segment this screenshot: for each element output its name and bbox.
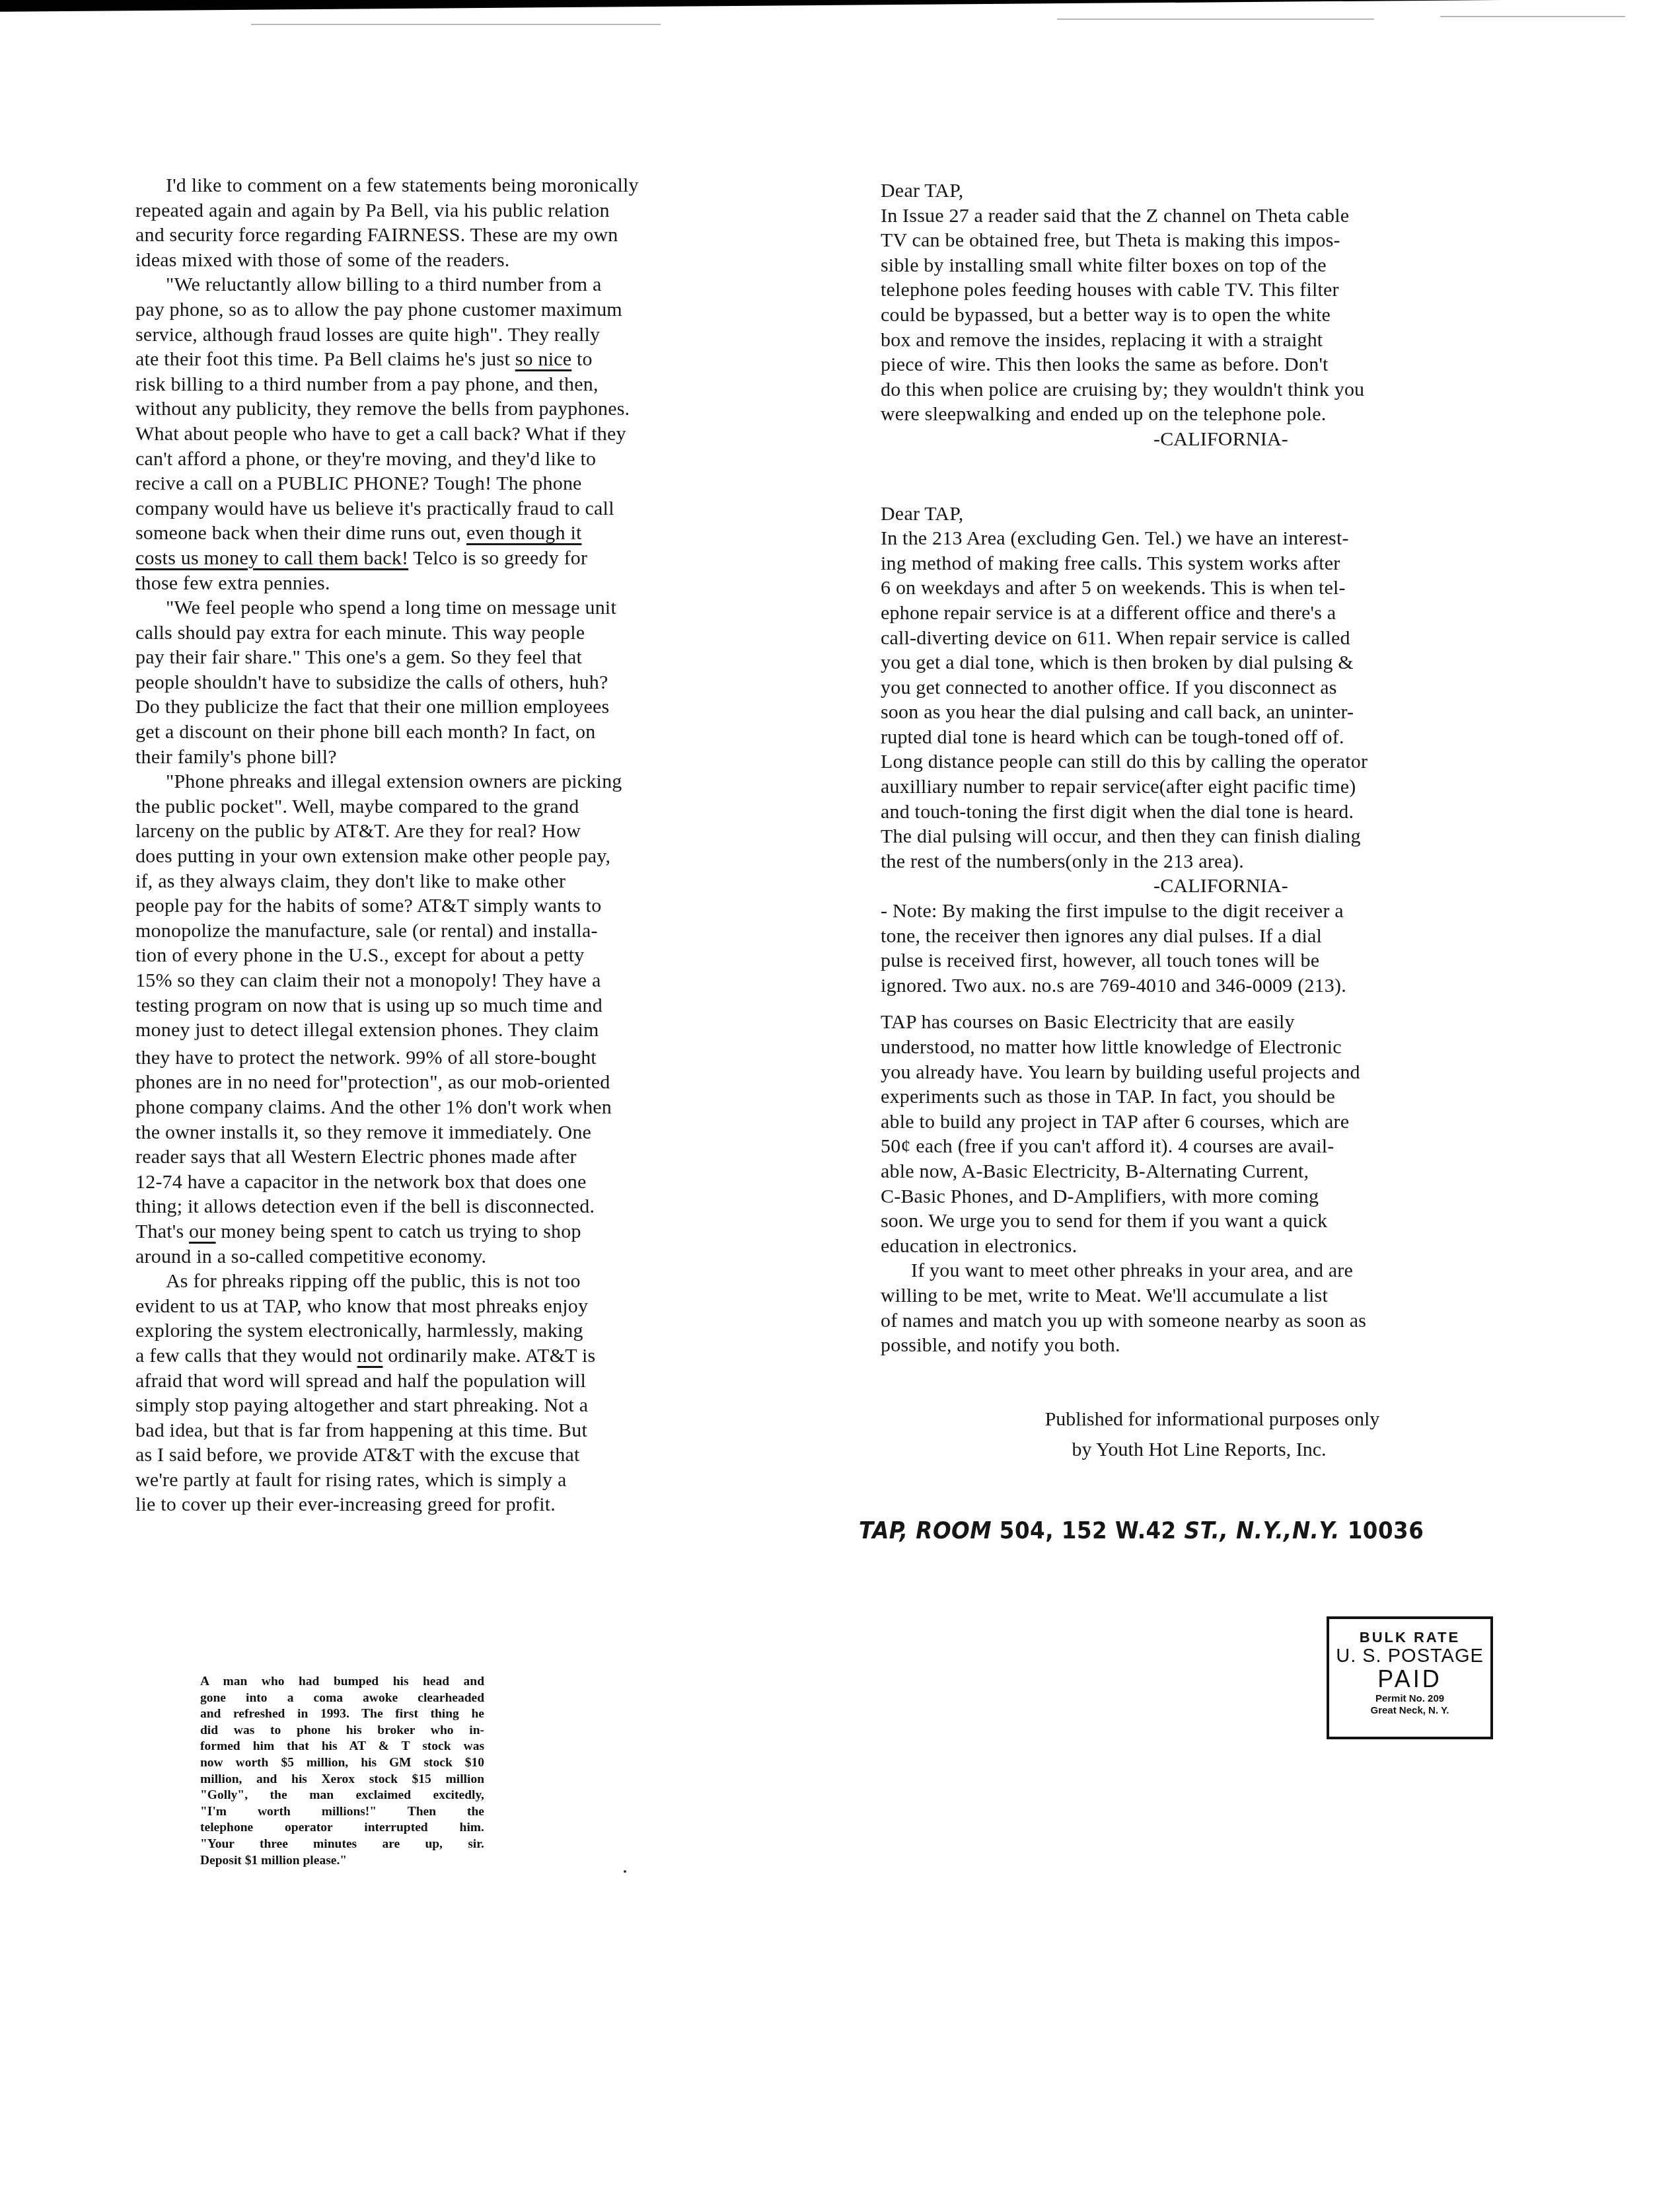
- meet-phreaks-announcement: If you want to meet other phreaks in you…: [881, 1258, 1574, 1357]
- text-line: could be bypassed, but a better way is t…: [881, 303, 1574, 328]
- text-line: The dial pulsing will occur, and then th…: [881, 824, 1574, 849]
- salutation: Dear TAP,: [881, 502, 1574, 527]
- text-line: money just to detect illegal extension p…: [135, 1018, 822, 1043]
- text-line: That's our money being spent to catch us…: [135, 1219, 822, 1244]
- text-line: of names and match you up with someone n…: [881, 1308, 1574, 1334]
- text-line: costs us money to call them back! Telco …: [135, 546, 822, 571]
- text-line: a few calls that they would not ordinari…: [135, 1343, 822, 1369]
- text-line: 15% so they can claim their not a monopo…: [135, 968, 822, 993]
- text-line: get a discount on their phone bill each …: [135, 720, 822, 745]
- underlined-emphasis: costs us money to call them back!: [135, 547, 408, 569]
- joke-line: now worth $5 million, his GM stock $10: [200, 1755, 484, 1772]
- text-line: In Issue 27 a reader said that the Z cha…: [881, 204, 1574, 229]
- text-line: TAP has courses on Basic Electricity tha…: [881, 1010, 1574, 1035]
- text-line: ate their foot this time. Pa Bell claims…: [135, 347, 822, 372]
- text-line: understood, no matter how little knowled…: [881, 1035, 1574, 1060]
- text-line: service, although fraud losses are quite…: [135, 322, 822, 348]
- text-line: "We feel people who spend a long time on…: [135, 595, 822, 621]
- text-line: and security force regarding FAIRNESS. T…: [135, 223, 822, 248]
- text-span: ordinarily make. AT&T is: [383, 1345, 595, 1367]
- note-line: tone, the receiver then ignores any dial…: [881, 924, 1574, 949]
- text-line: If you want to meet other phreaks in you…: [881, 1258, 1574, 1283]
- text-line: pay their fair share." This one's a gem.…: [135, 645, 822, 670]
- underlined-emphasis: even though it: [466, 522, 581, 544]
- joke-line: million, and his Xerox stock $15 million: [200, 1772, 484, 1788]
- text-line: without any publicity, they remove the b…: [135, 396, 822, 422]
- text-line: phones are in no need for"protection", a…: [135, 1070, 822, 1095]
- postage-indicia: BULK RATE U. S. POSTAGE PAID Permit No. …: [1327, 1616, 1493, 1739]
- text-line: you already have. You learn by building …: [881, 1060, 1574, 1085]
- text-line: if, as they always claim, they don't lik…: [135, 869, 822, 894]
- text-line: C-Basic Phones, and D-Amplifiers, with m…: [881, 1184, 1574, 1209]
- text-line: were sleepwalking and ended up on the te…: [881, 402, 1574, 427]
- spacer: [881, 998, 1574, 1010]
- publisher-line-2: by Youth Hot Line Reports, Inc.: [879, 1435, 1572, 1465]
- text-line: those few extra pennies.: [135, 571, 822, 596]
- text-line: people shouldn't have to subsidize the c…: [135, 670, 822, 695]
- text-line: education in electronics.: [881, 1234, 1574, 1259]
- address-direction: W.: [1115, 1518, 1146, 1544]
- text-span: That's: [135, 1221, 189, 1242]
- text-line: sible by installing small white filter b…: [881, 253, 1574, 278]
- text-line: 12-74 have a capacitor in the network bo…: [135, 1170, 822, 1195]
- address-city: N.Y.,N.Y.: [1236, 1518, 1340, 1544]
- text-line: piece of wire. This then looks the same …: [881, 352, 1574, 377]
- text-line: their family's phone bill?: [135, 745, 822, 770]
- text-line: able now, A-Basic Electricity, B-Alterna…: [881, 1159, 1574, 1184]
- text-line: simply stop paying altogether and start …: [135, 1393, 822, 1418]
- text-line: you get a dial tone, which is then broke…: [881, 650, 1574, 675]
- signature: -CALIFORNIA-: [881, 874, 1574, 899]
- text-line: the public pocket". Well, maybe compared…: [135, 794, 822, 819]
- text-line: someone back when their dime runs out, e…: [135, 521, 822, 546]
- text-line: 50¢ each (free if you can't afford it). …: [881, 1134, 1574, 1159]
- joke-clipping: A man who had bumped his head and gone i…: [200, 1674, 484, 1869]
- address-zip: 10036: [1348, 1518, 1424, 1544]
- joke-line: "I'm worth millions!" Then the: [200, 1804, 484, 1821]
- text-line: call-diverting device on 611. When repai…: [881, 626, 1574, 651]
- publisher-notice: Published for informational purposes onl…: [879, 1404, 1572, 1465]
- text-line: recive a call on a PUBLIC PHONE? Tough! …: [135, 471, 822, 496]
- text-line: rupted dial tone is heard which can be t…: [881, 725, 1574, 750]
- text-line: able to build any project in TAP after 6…: [881, 1110, 1574, 1135]
- permit-number: Permit No. 209: [1329, 1693, 1490, 1705]
- permit-location: Great Neck, N. Y.: [1329, 1705, 1490, 1717]
- text-line: the owner installs it, so they remove it…: [135, 1120, 822, 1145]
- text-line: do this when police are cruising by; the…: [881, 377, 1574, 402]
- letters-column: Dear TAP, In Issue 27 a reader said that…: [881, 178, 1574, 1358]
- text-line: the rest of the numbers(only in the 213 …: [881, 849, 1574, 874]
- address-street-number: 42: [1146, 1518, 1176, 1544]
- text-line: ideas mixed with those of some of the re…: [135, 248, 822, 273]
- text-line: company would have us believe it's pract…: [135, 496, 822, 521]
- joke-line: "Golly", the man exclaimed excitedly,: [200, 1788, 484, 1804]
- address-org: TAP: [859, 1518, 900, 1544]
- text-span: ate their foot this time. Pa Bell claims…: [135, 348, 515, 370]
- courses-announcement: TAP has courses on Basic Electricity tha…: [881, 1010, 1574, 1258]
- address-room-label: ROOM: [916, 1518, 992, 1544]
- underlined-emphasis: so nice: [515, 348, 572, 370]
- text-line: "We reluctantly allow billing to a third…: [135, 272, 822, 297]
- text-line: pay phone, so as to allow the pay phone …: [135, 297, 822, 322]
- underlined-emphasis: not: [357, 1345, 383, 1367]
- text-line: ing method of making free calls. This sy…: [881, 551, 1574, 576]
- publisher-line-1: Published for informational purposes onl…: [879, 1404, 1572, 1435]
- text-line: experiments such as those in TAP. In fac…: [881, 1084, 1574, 1110]
- salutation: Dear TAP,: [881, 178, 1574, 204]
- text-line: 6 on weekdays and after 5 on weekends. T…: [881, 576, 1574, 601]
- text-line: repeated again and again by Pa Bell, via…: [135, 198, 822, 223]
- text-span: money being spent to catch us trying to …: [216, 1221, 581, 1242]
- joke-line: and refreshed in 1993. The first thing h…: [200, 1706, 484, 1723]
- scan-artifact: [251, 24, 661, 25]
- text-span: someone back when their dime runs out,: [135, 522, 466, 544]
- text-line: In the 213 Area (excluding Gen. Tel.) we…: [881, 526, 1574, 551]
- paid-label: PAID: [1329, 1667, 1490, 1692]
- text-line: bad idea, but that is far from happening…: [135, 1418, 822, 1443]
- text-line: we're partly at fault for rising rates, …: [135, 1468, 822, 1493]
- text-line: calls should pay extra for each minute. …: [135, 621, 822, 646]
- text-line: "Phone phreaks and illegal extension own…: [135, 769, 822, 794]
- joke-line: A man who had bumped his head and: [200, 1674, 484, 1690]
- text-line: afraid that word will spread and half th…: [135, 1369, 822, 1394]
- signature: -CALIFORNIA-: [881, 427, 1574, 452]
- text-line: monopolize the manufacture, sale (or ren…: [135, 919, 822, 944]
- text-line: does putting in your own extension make …: [135, 844, 822, 869]
- text-line: around in a so-called competitive econom…: [135, 1244, 822, 1269]
- joke-line: telephone operator interrupted him.: [200, 1820, 484, 1836]
- scan-artifact: [1057, 19, 1374, 20]
- note-line: pulse is received first, however, all to…: [881, 948, 1574, 973]
- note-line: ignored. Two aux. no.s are 769-4010 and …: [881, 973, 1574, 999]
- text-line: As for phreaks ripping off the public, t…: [135, 1269, 822, 1294]
- text-line: evident to us at TAP, who know that most…: [135, 1294, 822, 1319]
- text-line: phone company claims. And the other 1% d…: [135, 1095, 822, 1120]
- text-line: willing to be met, write to Meat. We'll …: [881, 1283, 1574, 1308]
- underlined-emphasis: our: [189, 1221, 216, 1242]
- text-line: thing; it allows detection even if the b…: [135, 1194, 822, 1219]
- text-line: possible, and notify you both.: [881, 1333, 1574, 1358]
- note-line: - Note: By making the first impulse to t…: [881, 899, 1574, 924]
- text-line: tion of every phone in the U.S., except …: [135, 943, 822, 968]
- joke-line: "Your three minutes are up, sir.: [200, 1836, 484, 1853]
- text-line: people pay for the habits of some? AT&T …: [135, 893, 822, 919]
- text-line: Long distance people can still do this b…: [881, 749, 1574, 774]
- text-line: Do they publicize the fact that their on…: [135, 695, 822, 720]
- joke-line: formed him that his AT & T stock was: [200, 1739, 484, 1755]
- text-line: and touch-toning the first digit when th…: [881, 800, 1574, 825]
- text-line: testing program on now that is using up …: [135, 993, 822, 1018]
- text-line: soon. We urge you to send for them if yo…: [881, 1209, 1574, 1234]
- editorial-column: I'd like to comment on a few statements …: [135, 173, 822, 1517]
- postage-label: U. S. POSTAGE: [1329, 1645, 1490, 1667]
- joke-line: did was to phone his broker who in-: [200, 1723, 484, 1739]
- text-line: ephone repair service is at a different …: [881, 601, 1574, 626]
- text-line: larceny on the public by AT&T. Are they …: [135, 819, 822, 844]
- bulk-rate-label: BULK RATE: [1329, 1630, 1490, 1645]
- scan-border: [0, 0, 1680, 12]
- joke-line: Deposit $1 million please.": [200, 1853, 484, 1869]
- text-line: lie to cover up their ever-increasing gr…: [135, 1492, 822, 1517]
- scan-artifact: [1440, 16, 1625, 17]
- text-line: I'd like to comment on a few statements …: [135, 173, 822, 198]
- spacer: [881, 452, 1574, 502]
- address-street-suffix: ST.,: [1185, 1518, 1229, 1544]
- letter-cable-tv: Dear TAP, In Issue 27 a reader said that…: [881, 178, 1574, 452]
- text-line: auxilliary number to repair service(afte…: [881, 774, 1574, 800]
- mailing-address: TAP, ROOM 504, 152 W.42 ST., N.Y.,N.Y. 1…: [859, 1518, 1424, 1544]
- text-line: reader says that all Western Electric ph…: [135, 1145, 822, 1170]
- joke-line: gone into a coma awoke clearheaded: [200, 1690, 484, 1707]
- letter-free-calls: Dear TAP, In the 213 Area (excluding Gen…: [881, 502, 1574, 999]
- text-line: What about people who have to get a call…: [135, 422, 822, 447]
- text-span: to: [571, 348, 592, 370]
- text-line: can't afford a phone, or they're moving,…: [135, 447, 822, 472]
- scan-speck: [624, 1870, 626, 1873]
- text-line: telephone poles feeding houses with cabl…: [881, 278, 1574, 303]
- text-line: soon as you hear the dial pulsing and ca…: [881, 700, 1574, 725]
- text-line: as I said before, we provide AT&T with t…: [135, 1443, 822, 1468]
- text-span: Telco is so greedy for: [408, 547, 587, 569]
- text-line: TV can be obtained free, but Theta is ma…: [881, 228, 1574, 253]
- text-line: box and remove the insides, replacing it…: [881, 328, 1574, 353]
- text-line: risk billing to a third number from a pa…: [135, 372, 822, 397]
- text-line: you get connected to another office. If …: [881, 675, 1574, 700]
- address-room-number: 504, 152: [1000, 1518, 1107, 1544]
- text-span: a few calls that they would: [135, 1345, 357, 1367]
- text-line: they have to protect the network. 99% of…: [135, 1045, 822, 1071]
- text-line: exploring the system electronically, har…: [135, 1318, 822, 1343]
